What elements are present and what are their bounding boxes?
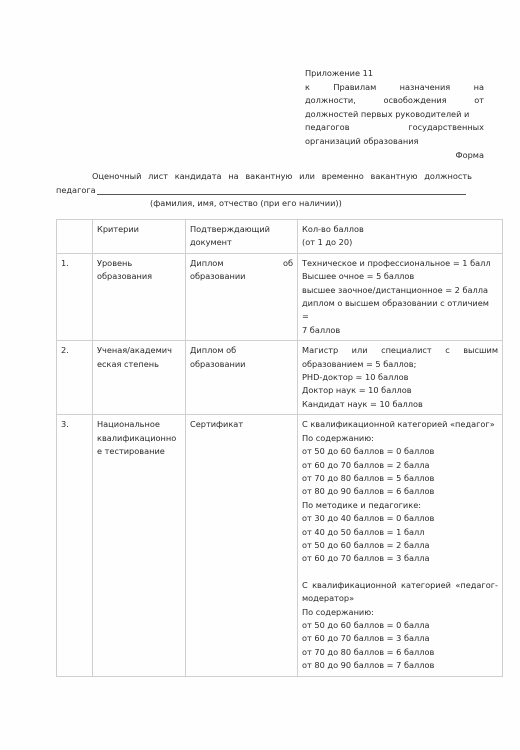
table-header-row: Критерии Подтверждающий документ Кол-во … [57,220,503,254]
row-scores: Техническое и профессиональное = 1 балл … [298,253,503,340]
appendix-text-line: к Правилам назначения на [305,81,484,95]
row-criteria: Национальное квалификационно е тестирова… [93,415,186,676]
appendix-header: Приложение 11 к Правилам назначения на д… [305,67,484,162]
row-document: Диплом об образовании [186,341,298,415]
row-criteria: Уровень образования [93,253,186,340]
spacer [302,566,498,579]
header-num [57,220,93,254]
title-text: Оценочный лист кандидата на вакантную ил… [56,170,472,184]
evaluation-table: Критерии Подтверждающий документ Кол-во … [56,219,503,677]
appendix-text-line: должностей первых руководителей и [305,108,484,122]
header-document: Подтверждающий документ [186,220,298,254]
appendix-text-line: должности, освобождения от [305,94,484,108]
row-number: 3. [57,415,93,676]
appendix-text-line: педагогов государственных [305,121,484,135]
form-label: Форма [305,149,484,163]
name-fill-underline[interactable] [97,184,466,195]
row-criteria: Ученая/академич еская степень [93,341,186,415]
row-document: Сертификат [186,415,298,676]
name-caption: (фамилия, имя, отчество (при его наличии… [56,197,472,211]
table-row: 3. Национальное квалификационно е тестир… [57,415,503,676]
table-row: 2. Ученая/академич еская степень Диплом … [57,341,503,415]
name-line-prefix: педагога [56,184,96,198]
row-document: Диплом об образовании [186,253,298,340]
header-score: Кол-во баллов (от 1 до 20) [298,220,503,254]
document-title: Оценочный лист кандидата на вакантную ил… [56,170,472,211]
table-row: 1. Уровень образования Диплом об образов… [57,253,503,340]
row-scores: С квалификационной категорией «педагог» … [298,415,503,676]
appendix-number: Приложение 11 [305,67,484,81]
candidate-name-line: педагога [56,184,472,198]
appendix-text-line: организаций образования [305,135,484,149]
row-number: 2. [57,341,93,415]
row-scores: Магистр или специалист с высшим образова… [298,341,503,415]
document-page: Приложение 11 к Правилам назначения на д… [0,0,520,750]
row-number: 1. [57,253,93,340]
header-criteria: Критерии [93,220,186,254]
